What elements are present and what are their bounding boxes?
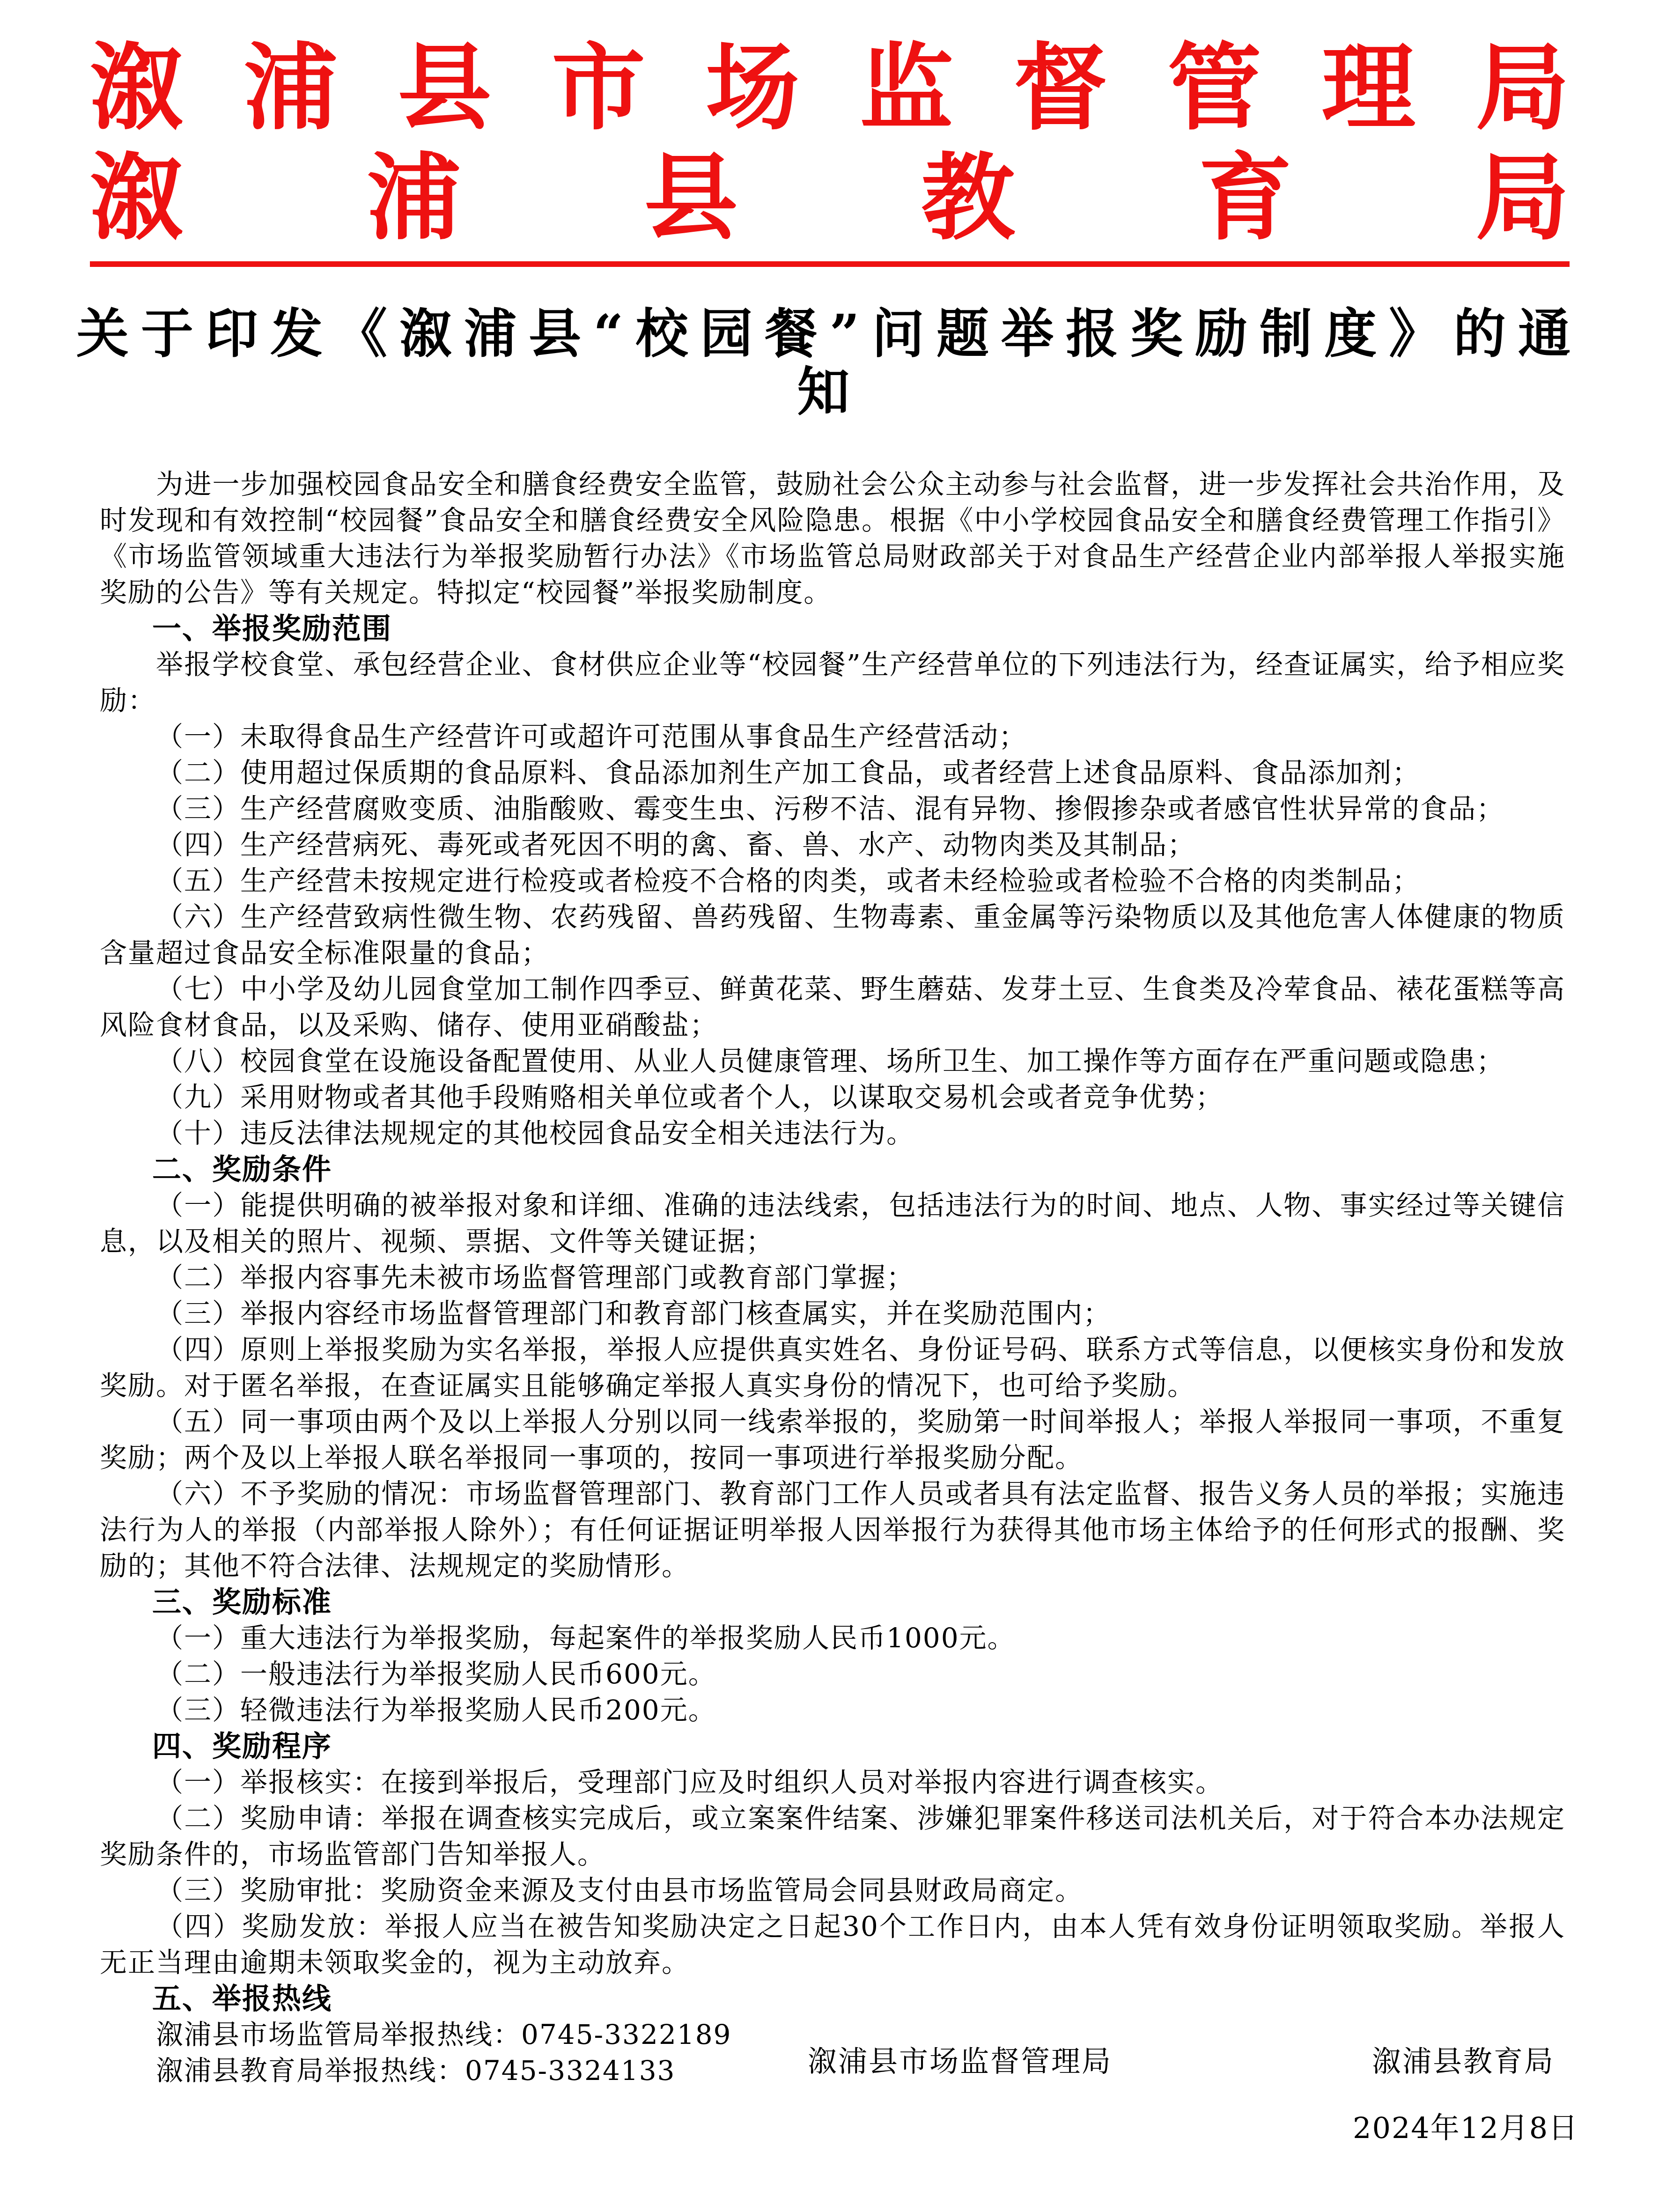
paragraph: （七）中小学及幼儿园食堂加工制作四季豆、鲜黄花菜、野生蘑菇、发芽土豆、生食类及冷… xyxy=(100,971,1565,1043)
paragraph: （四）生产经营病死、毒死或者死因不明的禽、畜、兽、水产、动物肉类及其制品； xyxy=(100,827,1565,863)
document-title: 关于印发《溆浦县“校园餐”问题举报奖励制度》的通知 xyxy=(57,305,1602,421)
paragraph: （二）使用超过保质期的食品原料、食品添加剂生产加工食品，或者经营上述食品原料、食… xyxy=(100,755,1565,791)
letterhead-char: 县 xyxy=(644,143,737,253)
letterhead: 溆浦县市场监督管理局 溆浦县教育局 xyxy=(90,33,1570,253)
section-heading-5: 五、举报热线 xyxy=(100,1981,1565,2017)
paragraph: （一）重大违法行为举报奖励，每起案件的举报奖励人民币1000元。 xyxy=(100,1620,1565,1656)
letterhead-char: 县 xyxy=(398,33,491,143)
signature-block: 溆浦县市场监督管理局 溆浦县教育局 2024年12月8日 xyxy=(0,2042,1659,2182)
paragraph: （六）生产经营致病性微生物、农药残留、兽药残留、生物毒素、重金属等污染物质以及其… xyxy=(100,899,1565,971)
letterhead-char: 市 xyxy=(552,33,645,143)
paragraph: （一）举报核实：在接到举报后，受理部门应及时组织人员对举报内容进行调查核实。 xyxy=(100,1764,1565,1800)
letterhead-char: 场 xyxy=(706,33,799,143)
red-divider-rule xyxy=(90,261,1570,267)
sections-container: 一、举报奖励范围举报学校食堂、承包经营企业、食材供应企业等“校园餐”生产经营单位… xyxy=(100,611,1565,2089)
letterhead-line-2: 溆浦县教育局 xyxy=(90,143,1570,253)
signature-org-education-bureau: 溆浦县教育局 xyxy=(1372,2046,1555,2077)
letterhead-char: 局 xyxy=(1475,143,1569,253)
paragraph: （四）原则上举报奖励为实名举报，举报人应提供真实姓名、身份证号码、联系方式等信息… xyxy=(100,1332,1565,1404)
paragraph: 举报学校食堂、承包经营企业、食材供应企业等“校园餐”生产经营单位的下列违法行为，… xyxy=(100,647,1565,719)
letterhead-char: 溆 xyxy=(90,143,184,253)
paragraph: （三）奖励审批：奖励资金来源及支付由县市场监管局会同县财政局商定。 xyxy=(100,1873,1565,1909)
signature-date: 2024年12月8日 xyxy=(1353,2113,1578,2144)
letterhead-char: 理 xyxy=(1322,33,1416,143)
section-heading-1: 一、举报奖励范围 xyxy=(100,611,1565,647)
paragraph: （六）不予奖励的情况：市场监督管理部门、教育部门工作人员或者具有法定监督、报告义… xyxy=(100,1476,1565,1584)
paragraph: （四）奖励发放：举报人应当在被告知奖励决定之日起30个工作日内，由本人凭有效身份… xyxy=(100,1909,1565,1981)
document-body: 为进一步加强校园食品安全和膳食经费安全监管，鼓励社会公众主动参与社会监督，进一步… xyxy=(100,466,1565,2089)
paragraph: （八）校园食堂在设施设备配置使用、从业人员健康管理、场所卫生、加工操作等方面存在… xyxy=(100,1043,1565,1079)
paragraph: （一）未取得食品生产经营许可或超许可范围从事食品生产经营活动； xyxy=(100,719,1565,755)
section-heading-4: 四、奖励程序 xyxy=(100,1728,1565,1764)
letterhead-char: 督 xyxy=(1014,33,1107,143)
letterhead-char: 育 xyxy=(1198,143,1292,253)
paragraph: （二）一般违法行为举报奖励人民币600元。 xyxy=(100,1656,1565,1692)
paragraph: （十）违反法律法规规定的其他校园食品安全相关违法行为。 xyxy=(100,1115,1565,1151)
letterhead-line-1: 溆浦县市场监督管理局 xyxy=(90,33,1570,143)
letterhead-char: 监 xyxy=(860,33,953,143)
letterhead-char: 溆 xyxy=(90,33,184,143)
paragraph: （三）生产经营腐败变质、油脂酸败、霉变生虫、污秽不洁、混有异物、掺假掺杂或者感官… xyxy=(100,791,1565,827)
letterhead-char: 局 xyxy=(1475,33,1569,143)
letterhead-char: 管 xyxy=(1168,33,1261,143)
paragraph: （三）举报内容经市场监督管理部门和教育部门核查属实，并在奖励范围内； xyxy=(100,1296,1565,1332)
letterhead-char: 浦 xyxy=(367,143,460,253)
paragraph: （二）举报内容事先未被市场监督管理部门或教育部门掌握； xyxy=(100,1260,1565,1296)
paragraph: （九）采用财物或者其他手段贿赂相关单位或者个人，以谋取交易机会或者竞争优势； xyxy=(100,1079,1565,1115)
paragraph: （二）奖励申请：举报在调查核实完成后，或立案案件结案、涉嫌犯罪案件移送司法机关后… xyxy=(100,1800,1565,1873)
paragraph: （五）生产经营未按规定进行检疫或者检疫不合格的肉类，或者未经检验或者检验不合格的… xyxy=(100,863,1565,899)
document-page: 溆浦县市场监督管理局 溆浦县教育局 关于印发《溆浦县“校园餐”问题举报奖励制度》… xyxy=(0,0,1659,2212)
section-heading-3: 三、奖励标准 xyxy=(100,1584,1565,1620)
paragraph: （三）轻微违法行为举报奖励人民币200元。 xyxy=(100,1692,1565,1728)
intro-paragraph: 为进一步加强校园食品安全和膳食经费安全监管，鼓励社会公众主动参与社会监督，进一步… xyxy=(100,466,1565,611)
paragraph: （一）能提供明确的被举报对象和详细、准确的违法线索，包括违法行为的时间、地点、人… xyxy=(100,1187,1565,1260)
signature-org-market-bureau: 溆浦县市场监督管理局 xyxy=(808,2046,1112,2077)
letterhead-char: 浦 xyxy=(243,33,337,143)
section-heading-2: 二、奖励条件 xyxy=(100,1151,1565,1187)
letterhead-char: 教 xyxy=(921,143,1015,253)
paragraph: （五）同一事项由两个及以上举报人分别以同一线索举报的，奖励第一时间举报人；举报人… xyxy=(100,1404,1565,1476)
